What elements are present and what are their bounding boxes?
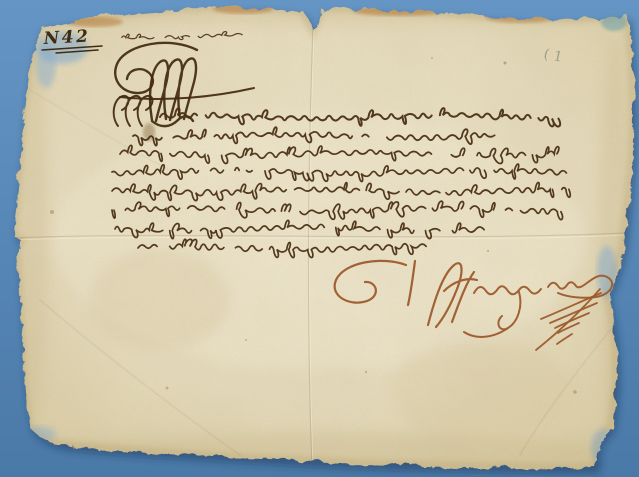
rust-stain bbox=[353, 6, 443, 16]
foxing-speck bbox=[504, 62, 507, 65]
foxing-speck bbox=[365, 371, 367, 373]
foxing-speck bbox=[573, 390, 577, 394]
foxing-speck bbox=[50, 210, 54, 214]
rust-stain bbox=[485, 11, 555, 23]
archive-number: N42 bbox=[42, 27, 91, 49]
tear-spot bbox=[601, 13, 627, 31]
foxing-speck bbox=[166, 387, 169, 390]
tear-spot bbox=[36, 44, 56, 88]
tear-spot bbox=[591, 429, 615, 465]
paper-sheet: N42 ( 1 bbox=[0, 0, 639, 477]
rust-stain bbox=[213, 4, 273, 14]
scene-svg: N42 ( 1 bbox=[0, 0, 639, 477]
rust-stain bbox=[67, 17, 123, 27]
foxing-speck bbox=[431, 57, 433, 59]
foxing-speck bbox=[245, 339, 247, 341]
foxing-speck bbox=[487, 250, 489, 252]
manuscript-photo: N42 ( 1 bbox=[0, 0, 639, 477]
tear-spot bbox=[24, 426, 56, 442]
